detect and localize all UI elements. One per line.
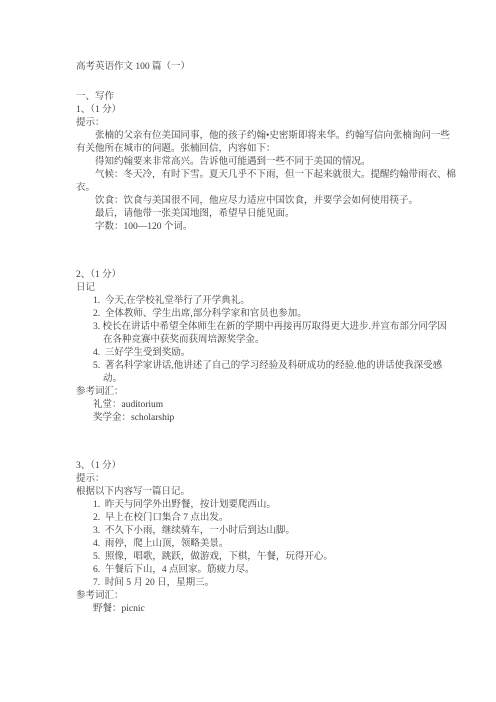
text-line: 有关他所在城市的问题。张楠回信，内容如下： <box>76 143 451 156</box>
document-title: 高考英语作文 100 篇（一） <box>76 61 451 74</box>
text-line: 3. 校长在讲话中希望全体师生在新的学期中再接再厉取得更大进步.并宣布部分同学因 <box>76 321 451 334</box>
text-line: 一、写作 <box>76 91 451 104</box>
text-line: 1、（1 分） <box>76 104 451 117</box>
section-1-writing: 一、写作1、（1 分）提示：张楠的父亲有位美国同事，他的孩子约翰•史密斯即将来华… <box>76 91 451 234</box>
text-line: 3. 不久下小雨，继续骑车，一小时后到达山脚。 <box>76 525 451 538</box>
text-line: 提示： <box>76 117 451 130</box>
text-line: 日记 <box>76 282 451 295</box>
text-line: 野餐：picnic <box>76 603 451 616</box>
text-line: 根据以下内容写一篇日记。 <box>76 486 451 499</box>
text-line: 最后，请他带一张美国地图，希望早日能见面。 <box>76 208 451 221</box>
text-line: 4. 三好学生受到奖励。 <box>76 347 451 360</box>
document-content: 高考英语作文 100 篇（一） 一、写作1、（1 分）提示：张楠的父亲有位美国同… <box>76 61 451 616</box>
text-line: 在各种竞赛中获奖而获周培源奖学金。 <box>76 334 451 347</box>
text-line: 3、（1 分） <box>76 460 451 473</box>
text-line: 奖学金：scholarship <box>76 412 451 425</box>
text-line: 7. 时间 5 月 20 日，星期三。 <box>76 577 451 590</box>
text-line: 6. 午餐后下山，4 点回家。筋疲力尽。 <box>76 564 451 577</box>
text-line: 1. 昨天与同学外出野餐，按计划要爬西山。 <box>76 499 451 512</box>
text-line: 饮食：饮食与美国很不同，他应尽力适应中国饮食，并要学会如何使用筷子。 <box>76 195 451 208</box>
text-line: 动。 <box>76 373 451 386</box>
text-line: 衣。 <box>76 182 451 195</box>
text-line: 2. 早上在校门口集合 7 点出发。 <box>76 512 451 525</box>
text-line: 2、（1 分） <box>76 269 451 282</box>
text-line: 5. 照像，唱歌，跳跃，做游戏，下棋，午餐，玩得开心。 <box>76 551 451 564</box>
text-line: 参考词汇： <box>76 386 451 399</box>
text-line: 参考词汇： <box>76 590 451 603</box>
text-line: 气候：冬天冷，有时下雪。夏天几乎不下雨，但一下起来就很大。提醒约翰带雨衣、棉 <box>76 169 451 182</box>
text-line: 提示： <box>76 473 451 486</box>
section-3-diary-prompt: 3、（1 分）提示：根据以下内容写一篇日记。1. 昨天与同学外出野餐，按计划要爬… <box>76 460 451 616</box>
text-line: 1. 今天,在学校礼堂举行了开学典礼。 <box>76 295 451 308</box>
document-sections: 一、写作1、（1 分）提示：张楠的父亲有位美国同事，他的孩子约翰•史密斯即将来华… <box>76 91 451 616</box>
text-line: 礼堂：auditorium <box>76 399 451 412</box>
section-2-diary: 2、（1 分）日记1. 今天,在学校礼堂举行了开学典礼。2. 全体教师、学生出席… <box>76 269 451 425</box>
text-line: 4. 雨停，爬上山顶，领略美景。 <box>76 538 451 551</box>
text-line: 字数：100—120 个词。 <box>76 221 451 234</box>
text-line: 张楠的父亲有位美国同事，他的孩子约翰•史密斯即将来华。约翰写信向张楠询问一些 <box>76 130 451 143</box>
document-page: 高考英语作文 100 篇（一） 一、写作1、（1 分）提示：张楠的父亲有位美国同… <box>0 0 496 702</box>
text-line: 得知约翰要来非常高兴。告诉他可能遇到一些不同于美国的情况。 <box>76 156 451 169</box>
text-line: 2. 全体教师、学生出席,部分科学家和官员也参加。 <box>76 308 451 321</box>
text-line: 5. 著名科学家讲话,他讲述了自己的学习经验及科研成功的经验.他的讲话使我深受感 <box>76 360 451 373</box>
